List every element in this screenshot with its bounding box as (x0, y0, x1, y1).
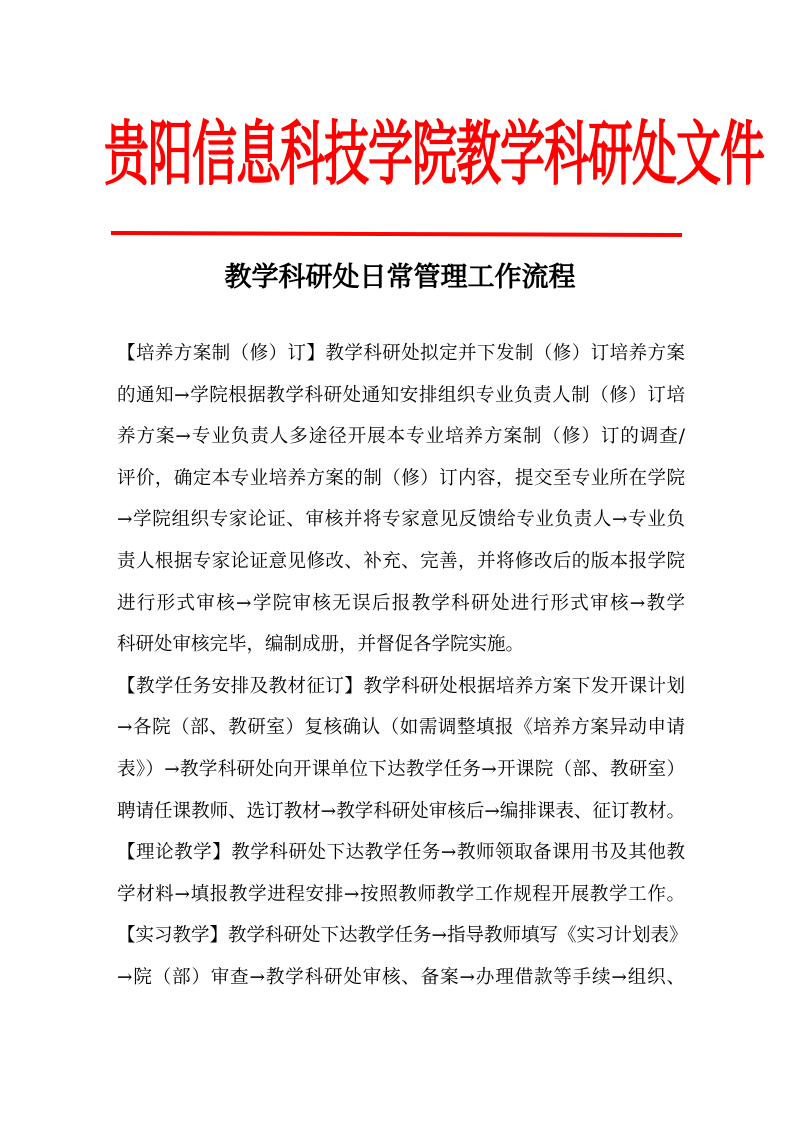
body-line: 聘请任课教师、选订教材→教学科研处审核后→编排课表、征订教材。 (117, 791, 685, 833)
body-line: 进行形式审核→学院审核无误后报教学科研处进行形式审核→教学 (117, 583, 685, 625)
body-line: 【理论教学】教学科研处下达教学任务→教师领取备课用书及其他教 (117, 832, 685, 874)
body-line: 【教学任务安排及教材征订】教学科研处根据培养方案下发开课计划 (117, 666, 685, 708)
body-line: 评价，确定本专业培养方案的制（修）订内容，提交至专业所在学院 (117, 458, 685, 500)
body-line: 【培养方案制（修）订】教学科研处拟定并下发制（修）订培养方案 (117, 333, 685, 375)
body-line: 学材料→填报教学进程安排→按照教师教学工作规程开展教学工作。 (117, 874, 685, 916)
body-line: 责人根据专家论证意见修改、补充、完善，并将修改后的版本报学院 (117, 541, 685, 583)
document-header-title: 贵阳信息科技学院教学科研处文件 (104, 88, 694, 221)
body-line: 养方案→专业负责人多途径开展本专业培养方案制（修）订的调查/ (117, 416, 685, 458)
body-line: →院（部）审查→教学科研处审核、备案→办理借款等手续→组织、 (117, 957, 685, 999)
header-red-rule (111, 231, 682, 237)
body-line: 表》）→教学科研处向开课单位下达教学任务→开课院（部、教研室） (117, 749, 685, 791)
document-title: 教学科研处日常管理工作流程 (100, 258, 700, 298)
body-line: 的通知→学院根据教学科研处通知安排组织专业负责人制（修）订培 (117, 375, 685, 417)
body-line: 【实习教学】教学科研处下达教学任务→指导教师填写《实习计划表》 (117, 915, 685, 957)
body-line: →学院组织专家论证、审核并将专家意见反馈给专业负责人→专业负 (117, 499, 685, 541)
body-line: 科研处审核完毕，编制成册，并督促各学院实施。 (117, 624, 685, 666)
document-body: 【培养方案制（修）订】教学科研处拟定并下发制（修）订培养方案 的通知→学院根据教… (117, 333, 685, 999)
body-line: →各院（部、教研室）复核确认（如需调整填报《培养方案异动申请 (117, 707, 685, 749)
